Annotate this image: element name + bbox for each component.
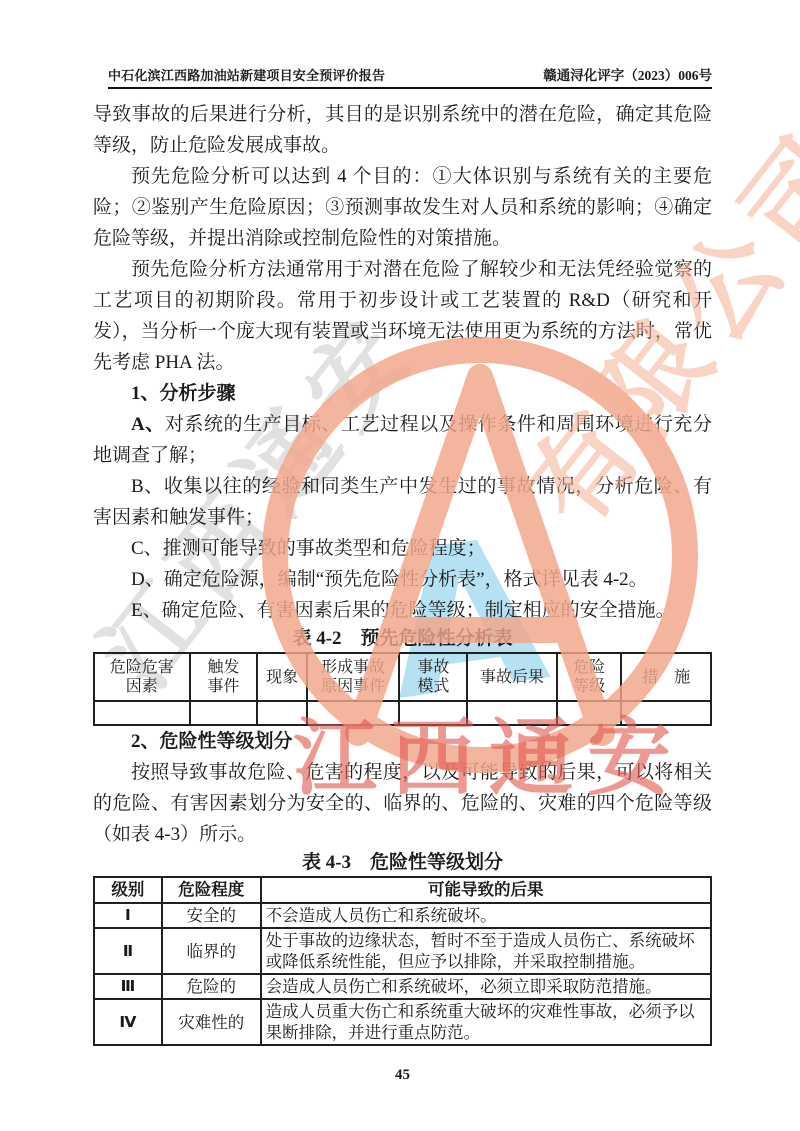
t42-empty-cell [257, 701, 306, 725]
table-4-2-preliminary-hazard-analysis: 危险危害 因素 触发 事件 现象 形成事故 原因事件 事故 模式 事故后果 危险… [93, 652, 712, 726]
table-4-3-risk-grade-division: 级别 危险程度 可能导致的后果 Ⅰ 安全的 不会造成人员伤亡和系统破坏。 Ⅱ 临… [93, 876, 712, 1046]
step-e-label: E、 [131, 600, 162, 621]
t42-col-cause-event: 形成事故 原因事件 [307, 653, 400, 701]
step-a-text: 对系统的生产目标、工艺过程以及操作条件和周围环境进行充分地调查了解； [93, 414, 712, 466]
step-c-text: 推测可能导致的事故类型和危险程度； [163, 538, 486, 559]
t43-cell-level: Ⅰ [94, 903, 162, 928]
t43-cell-level: Ⅱ [94, 928, 162, 974]
t42-empty-cell [557, 701, 622, 725]
t43-cell-consequence: 造成人员重大伤亡和系统重大破坏的灾难性事故，必须予以果断排除，并进行重点防范。 [261, 999, 711, 1045]
t43-cell-consequence: 不会造成人员伤亡和系统破坏。 [261, 903, 711, 928]
paragraph-grade-division: 按照导致事故危险、危害的程度，以及可能导致的后果，可以将相关的危险、有害因素划分… [93, 757, 712, 850]
t43-col-grade: 级别 [94, 877, 162, 903]
page-content: 中石化滨江西路加油站新建项目安全预评价报告 赣通浔化评字（2023）006号 导… [0, 0, 800, 1131]
table-row-grade-3: Ⅲ 危险的 会造成人员伤亡和系统破坏，必须立即采取防范措施。 [94, 974, 711, 999]
t43-cell-degree: 安全的 [162, 903, 261, 928]
t43-col-consequence: 可能导致的后果 [261, 877, 711, 903]
t43-col-risk-degree: 危险程度 [162, 877, 261, 903]
section-heading-analysis-steps: 1、分析步骤 [93, 378, 712, 409]
header-document-number: 赣通浔化评字（2023）006号 [543, 68, 712, 84]
table-4-2-caption: 表 4-2 预先危险性分析表 [93, 626, 712, 652]
step-b: B、收集以往的经验和同类生产中发生过的事故情况，分析危险、有害因素和触发事件； [93, 471, 712, 533]
paragraph-four-goals: 预先危险分析可以达到 4 个目的：①大体识别与系统有关的主要危险；②鉴别产生危险… [93, 161, 712, 254]
t43-cell-degree: 临界的 [162, 928, 261, 974]
step-c-label: C、 [131, 538, 163, 559]
step-b-text: 收集以往的经验和同类生产中发生过的事故情况，分析危险、有害因素和触发事件； [93, 476, 712, 528]
t43-cell-degree: 危险的 [162, 974, 261, 999]
t42-col-phenomenon: 现象 [257, 653, 306, 701]
t42-col-measures: 措 施 [621, 653, 711, 701]
t42-empty-cell [190, 701, 258, 725]
page-number: 45 [93, 1060, 712, 1091]
t43-cell-consequence: 处于事故的边缘状态，暂时不至于造成人员伤亡、系统破坏或降低系统性能，但应予以排除… [261, 928, 711, 974]
t42-empty-cell [307, 701, 400, 725]
table-4-3-caption: 表 4-3 危险性等级划分 [93, 850, 712, 876]
t43-cell-level: Ⅳ [94, 999, 162, 1045]
t42-empty-cell [467, 701, 556, 725]
table-row-grade-2: Ⅱ 临界的 处于事故的边缘状态，暂时不至于造成人员伤亡、系统破坏或降低系统性能，… [94, 928, 711, 974]
t42-col-trigger-event: 触发 事件 [190, 653, 258, 701]
t43-cell-consequence: 会造成人员伤亡和系统破坏，必须立即采取防范措施。 [261, 974, 711, 999]
step-e-text: 确定危险、有害因素后果的危险等级；制定相应的安全措施。 [162, 600, 675, 621]
step-a: A、对系统的生产目标、工艺过程以及操作条件和周围环境进行充分地调查了解； [93, 409, 712, 471]
t42-empty-cell [621, 701, 711, 725]
table-4-2-header-row: 危险危害 因素 触发 事件 现象 形成事故 原因事件 事故 模式 事故后果 危险… [94, 653, 711, 701]
t42-col-hazard-factor: 危险危害 因素 [94, 653, 190, 701]
header-report-title: 中石化滨江西路加油站新建项目安全预评价报告 [108, 68, 385, 84]
body-text: 导致事故的后果进行分析，其目的是识别系统中的潜在危险，确定其危险等级，防止危险发… [93, 99, 712, 1091]
t42-col-accident-mode: 事故 模式 [399, 653, 467, 701]
paragraph-intro-continuation: 导致事故的后果进行分析，其目的是识别系统中的潜在危险，确定其危险等级，防止危险发… [93, 99, 712, 161]
step-b-label: B、 [131, 476, 164, 497]
t42-empty-cell [399, 701, 467, 725]
t42-empty-cell [94, 701, 190, 725]
page-header: 中石化滨江西路加油站新建项目安全预评价报告 赣通浔化评字（2023）006号 [108, 68, 712, 89]
step-d-label: D、 [131, 569, 164, 590]
step-a-label: A、 [131, 414, 165, 435]
step-e: E、确定危险、有害因素后果的危险等级；制定相应的安全措施。 [93, 595, 712, 626]
document-page: 江西通安 A 中石化滨江西路加油站新建项目安全预评价报告 赣通浔化评字（2023… [0, 0, 800, 1131]
step-d-text: 确定危险源，编制“预先危险性分析表”，格式详见表 4-2。 [164, 569, 648, 590]
section-heading-grade-division: 2、危险性等级划分 [93, 726, 712, 757]
t42-col-consequence: 事故后果 [467, 653, 556, 701]
table-row-grade-1: Ⅰ 安全的 不会造成人员伤亡和系统破坏。 [94, 903, 711, 928]
step-c: C、推测可能导致的事故类型和危险程度； [93, 533, 712, 564]
t42-col-risk-grade: 危险 等级 [557, 653, 622, 701]
paragraph-method-usage: 预先危险分析方法通常用于对潜在危险了解较少和无法凭经验觉察的工艺项目的初期阶段。… [93, 254, 712, 378]
t43-cell-degree: 灾难性的 [162, 999, 261, 1045]
table-4-2-empty-row [94, 701, 711, 725]
t43-cell-level: Ⅲ [94, 974, 162, 999]
table-row-grade-4: Ⅳ 灾难性的 造成人员重大伤亡和系统重大破坏的灾难性事故，必须予以果断排除，并进… [94, 999, 711, 1045]
table-4-3-header-row: 级别 危险程度 可能导致的后果 [94, 877, 711, 903]
step-d: D、确定危险源，编制“预先危险性分析表”，格式详见表 4-2。 [93, 564, 712, 595]
